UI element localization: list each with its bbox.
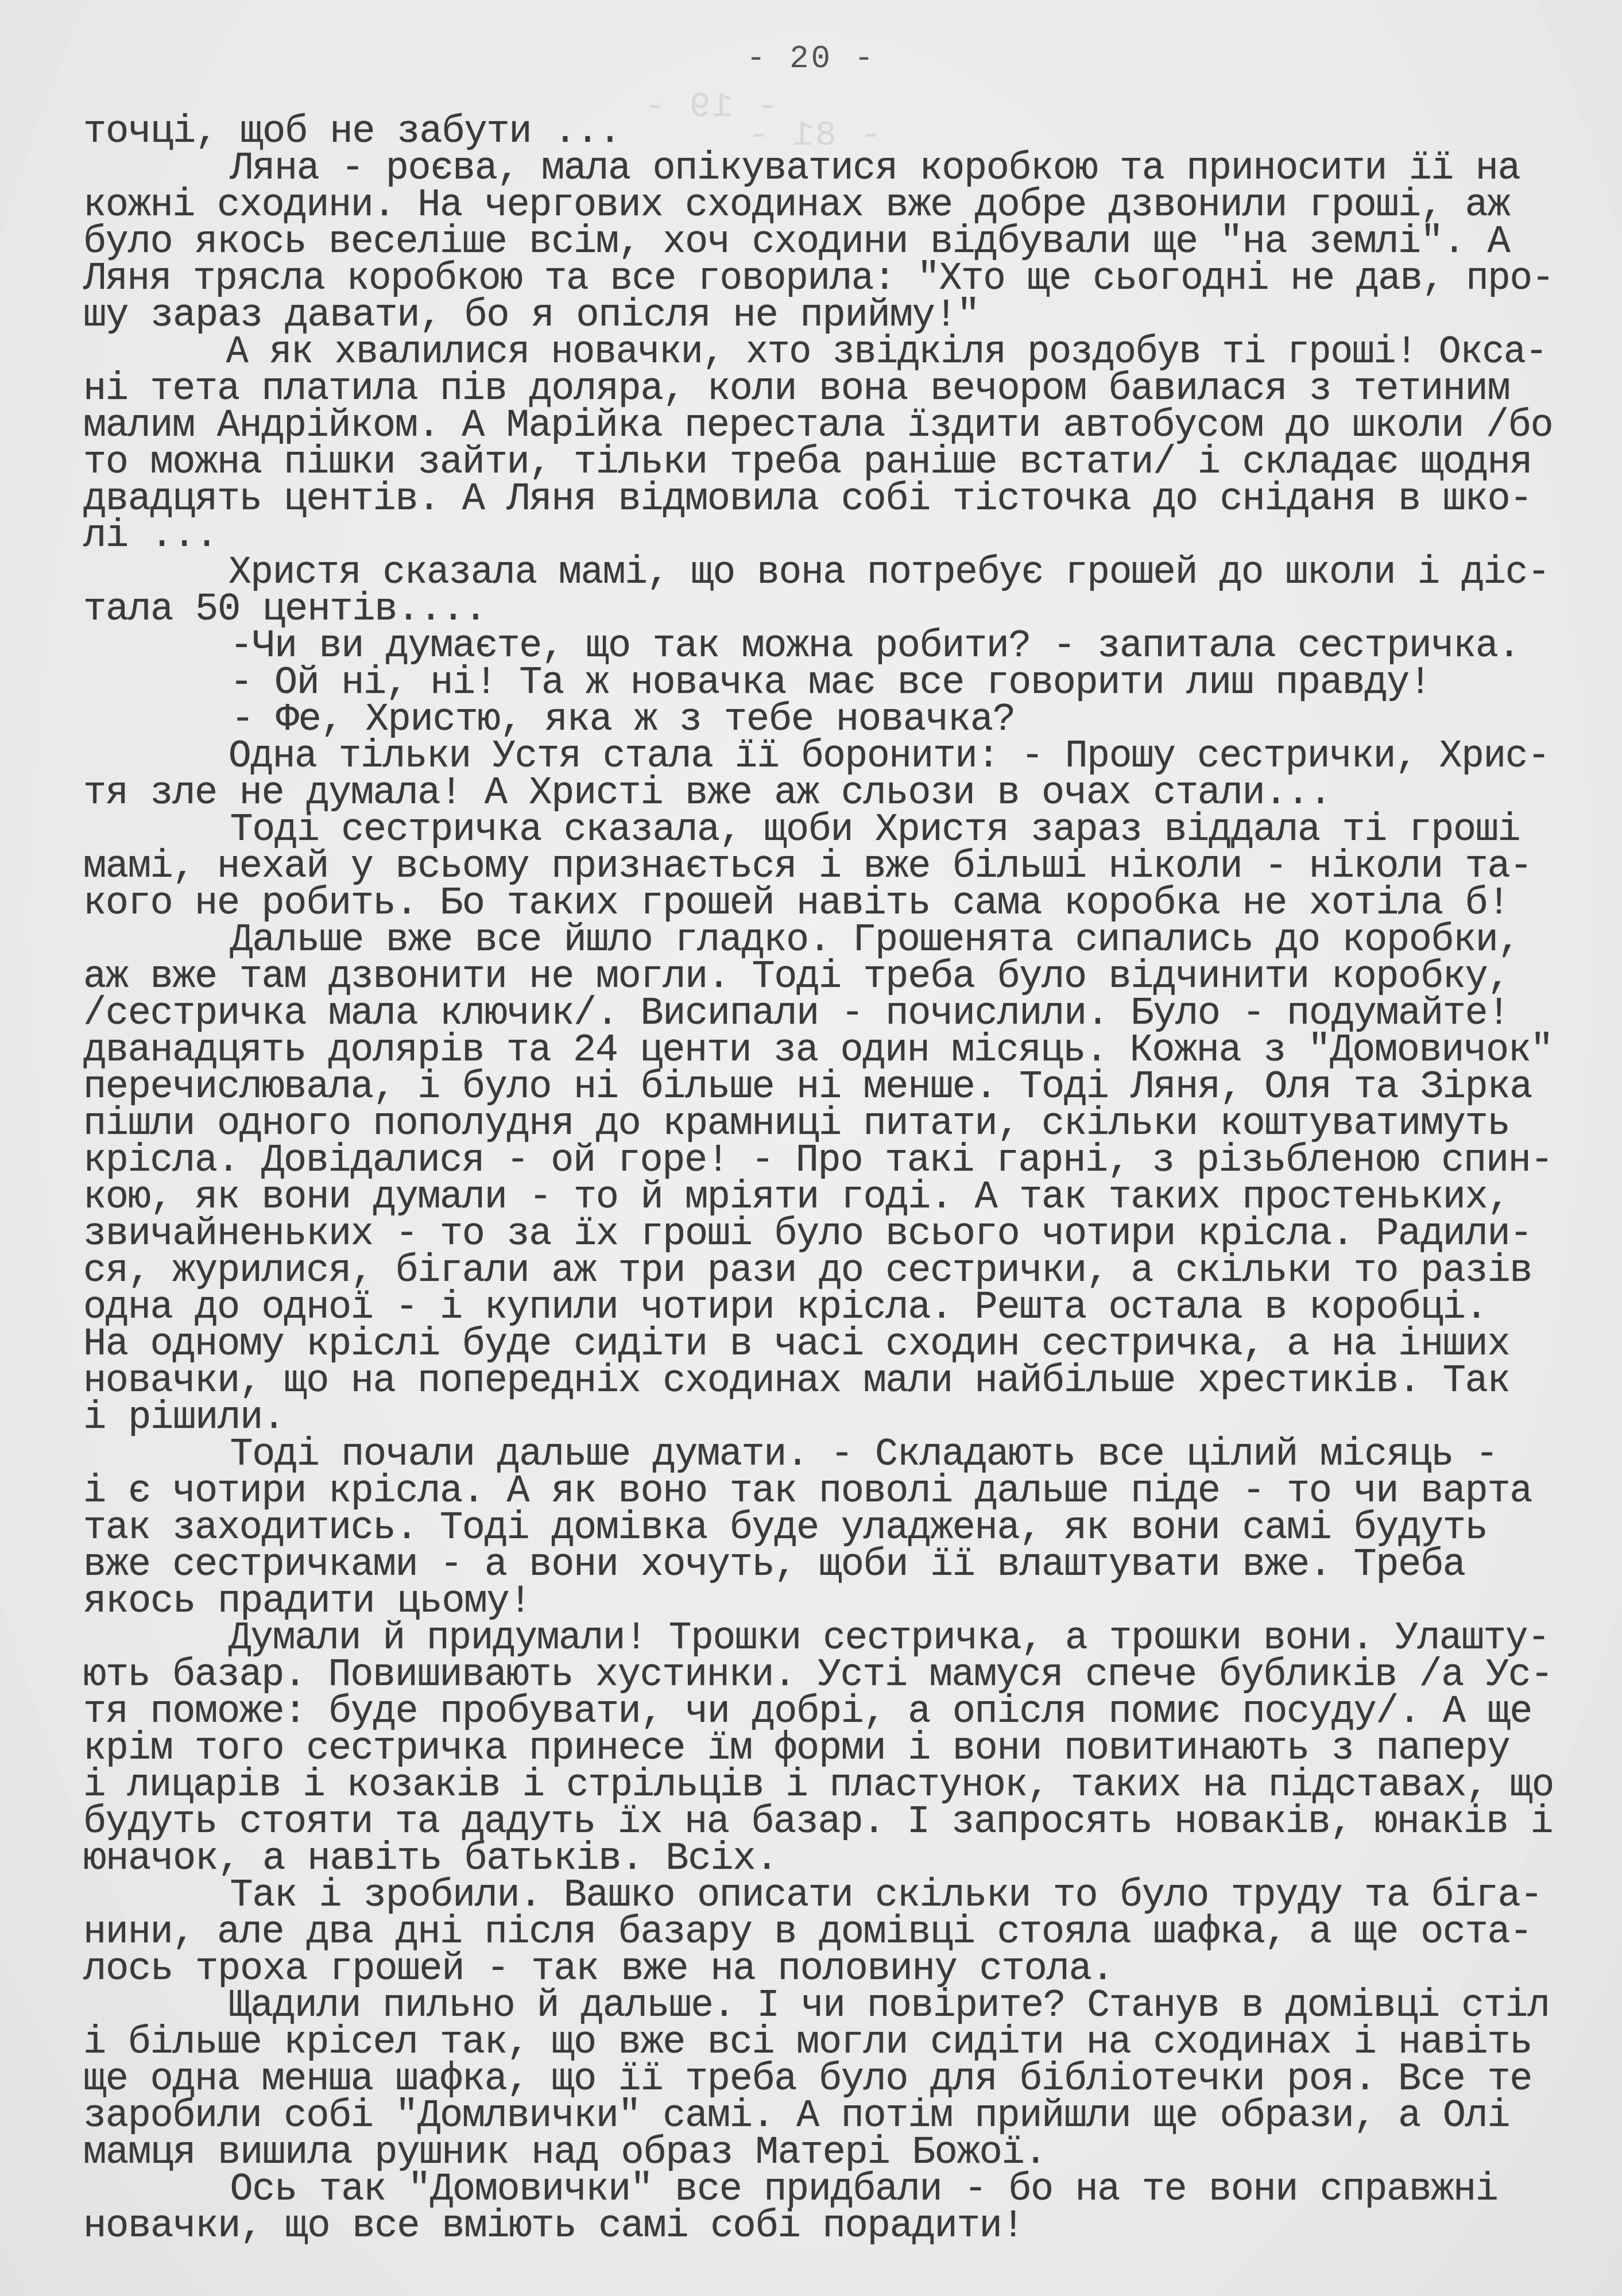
text-line: шу зараз давати, бо я опісля не прийму!" (83, 297, 1561, 334)
text-line: А як хвалилися новачки, хто звідкіля роз… (83, 334, 1512, 371)
text-line: Дальше вже все йшло гладко. Грошенята си… (83, 922, 1551, 959)
text-line: кою, як вони думали - то й мріяти годі. … (83, 1179, 1554, 1216)
text-line: Ось так "Домовички" все придбали - бо на… (83, 2171, 1551, 2208)
text-line: перечислювала, і було ні більше ні менше… (83, 1069, 1554, 1106)
page-number: - 20 - (0, 40, 1622, 77)
text-line: будуть стояти та дадуть їх на базар. І з… (83, 1804, 1552, 1841)
text-line: лі ... (83, 518, 1561, 555)
text-line: Щадили пильно й дальше. І чи повірите? С… (83, 1988, 1536, 2024)
text-line: Тоді сестричка сказала, щоби Христя зара… (83, 812, 1551, 849)
text-line: мамця вишила рушник над образ Матері Бож… (83, 2135, 1561, 2171)
text-line: і більше крісел так, що вже всі могли си… (83, 2024, 1554, 2061)
text-line: аж вже там дзвонити не могли. Тоді треба… (83, 959, 1554, 996)
text-line: дванадцять долярів та 24 центи за один м… (83, 1032, 1552, 1069)
text-line: Одна тільки Устя стала її боронити: - Пр… (83, 738, 1536, 775)
text-line: звичайненьких - то за їх гроші було всьо… (83, 1216, 1554, 1253)
text-line: Ляна - роєва, мала опікуватися коробкою … (83, 150, 1551, 187)
body-text: точці, щоб не забути ...Ляна - роєва, ма… (83, 114, 1576, 2245)
text-line: тя поможе: буде пробувати, чи добрі, а о… (83, 1694, 1554, 1730)
text-line: то можна пішки зайти, тільки треба раніш… (83, 444, 1554, 481)
text-line: лось троха грошей - так вже на половину … (83, 1951, 1561, 1988)
text-line: /сестричка мала ключик/. Висипали - почи… (83, 996, 1554, 1032)
text-line: одна до одної - і купили чотири крісла. … (83, 1290, 1554, 1326)
text-line: двадцять центів. А Ляня відмовила собі т… (83, 481, 1554, 518)
text-line: Ляня трясла коробкою та все говорила: "Х… (83, 261, 1531, 297)
text-line: - Ой ні, ні! Та ж новачка має все говори… (83, 665, 1551, 702)
text-line: вже сестричками - а вони хочуть, щоби її… (83, 1547, 1554, 1583)
text-line: ся, журилися, бігали аж три рази до сест… (83, 1253, 1554, 1290)
text-line: якось прадити цьому! (83, 1583, 1561, 1620)
text-line: крім того сестричка принесе їм форми і в… (83, 1730, 1554, 1767)
text-line: ють базар. Повишивають хустинки. Усті ма… (83, 1657, 1552, 1694)
text-line: заробили собі "Домлвички" самі. А потім … (83, 2098, 1554, 2135)
text-line: тя зле не думала! А Христі вже аж сльози… (83, 775, 1554, 812)
text-line: крісла. Довідалися - ой горе! - Про такі… (83, 1143, 1552, 1179)
text-line: було якось веселіше всім, хоч сходини ві… (83, 224, 1554, 261)
text-line: Думали й придумали! Трошки сестричка, а … (83, 1620, 1536, 1657)
text-line: тала 50 центів.... (83, 591, 1561, 628)
text-line: новачки, що все вміють самі собі порадит… (83, 2208, 1561, 2245)
text-line: На одному кріслі буде сидіти в часі сход… (83, 1326, 1554, 1363)
text-line: малим Андрійком. А Марійка перестала їзд… (83, 408, 1552, 444)
text-line: ні тета платила пів доляра, коли вона ве… (83, 371, 1554, 408)
typewritten-page: - 19 - - 81 - - 20 - точці, щоб не забут… (0, 0, 1622, 2296)
text-line: - Фе, Христю, яка ж з тебе новачка? (83, 702, 1561, 738)
text-line: Христя сказала мамі, що вона потребує гр… (83, 555, 1536, 591)
text-line: кожні сходини. На чергових сходинах вже … (83, 187, 1554, 224)
text-line: юначок, а навіть батьків. Всіх. (83, 1841, 1561, 1877)
text-line: -Чи ви думаєте, що так можна робити? - з… (83, 628, 1551, 665)
text-line: і є чотири крісла. А як воно так поволі … (83, 1473, 1554, 1510)
text-line: нини, але два дні після базару в домівці… (83, 1914, 1554, 1951)
text-line: кого не робить. Бо таких грошей навіть с… (83, 885, 1554, 922)
text-line: і лицарів і козаків і стрільців і пласту… (83, 1767, 1531, 1804)
text-line: новачки, що на попередніх сходинах мали … (83, 1363, 1554, 1400)
text-line: пішли одного пополудня до крамниці питат… (83, 1106, 1554, 1143)
text-line: Так і зробили. Вашко описати скільки то … (83, 1877, 1551, 1914)
text-line: мамі, нехай у всьому признається і вже б… (83, 849, 1554, 885)
text-line: Тоді почали дальше думати. - Складають в… (83, 1437, 1551, 1473)
text-line: точці, щоб не забути ... (83, 114, 1561, 150)
text-line: так заходитись. Тоді домівка буде уладже… (83, 1510, 1554, 1547)
text-line: ще одна менша шафка, що її треба було дл… (83, 2061, 1554, 2098)
text-line: і рішили. (83, 1400, 1561, 1437)
